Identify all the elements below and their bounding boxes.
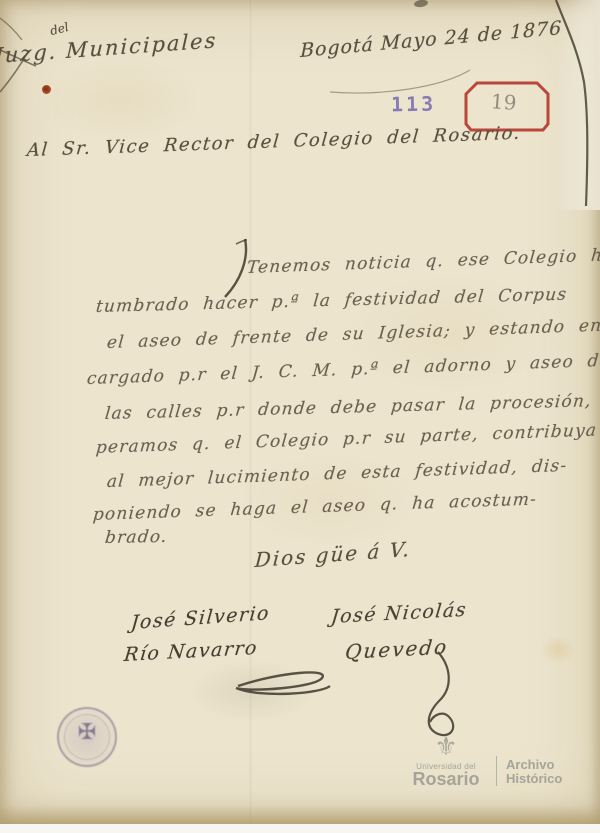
scanned-letter-page: del Juzg. Municipales Bogotá Mayo 24 de … (0, 0, 600, 833)
archive-name-line2: Histórico (506, 772, 562, 786)
red-ink-dot (42, 85, 51, 94)
university-logo: ⚜ Universidad del Rosario (405, 733, 487, 788)
rosario-crest-icon: ⚜ (405, 733, 487, 759)
archive-watermark: ⚜ Universidad del Rosario Archivo Histór… (405, 733, 562, 788)
seal-crest-icon: ✠ (59, 720, 115, 745)
archive-name: Archivo Histórico (506, 758, 562, 788)
folio-number-stamp: 113 (391, 92, 437, 117)
archive-name-line1: Archivo (506, 758, 562, 772)
university-name-big: Rosario (405, 771, 487, 788)
ink-seal-icon: ✠ (57, 707, 117, 767)
logo-divider (496, 756, 497, 786)
inventory-number: 19 (490, 89, 517, 115)
body-line: brado. (104, 527, 169, 548)
bottom-edge-shadow (0, 806, 600, 824)
